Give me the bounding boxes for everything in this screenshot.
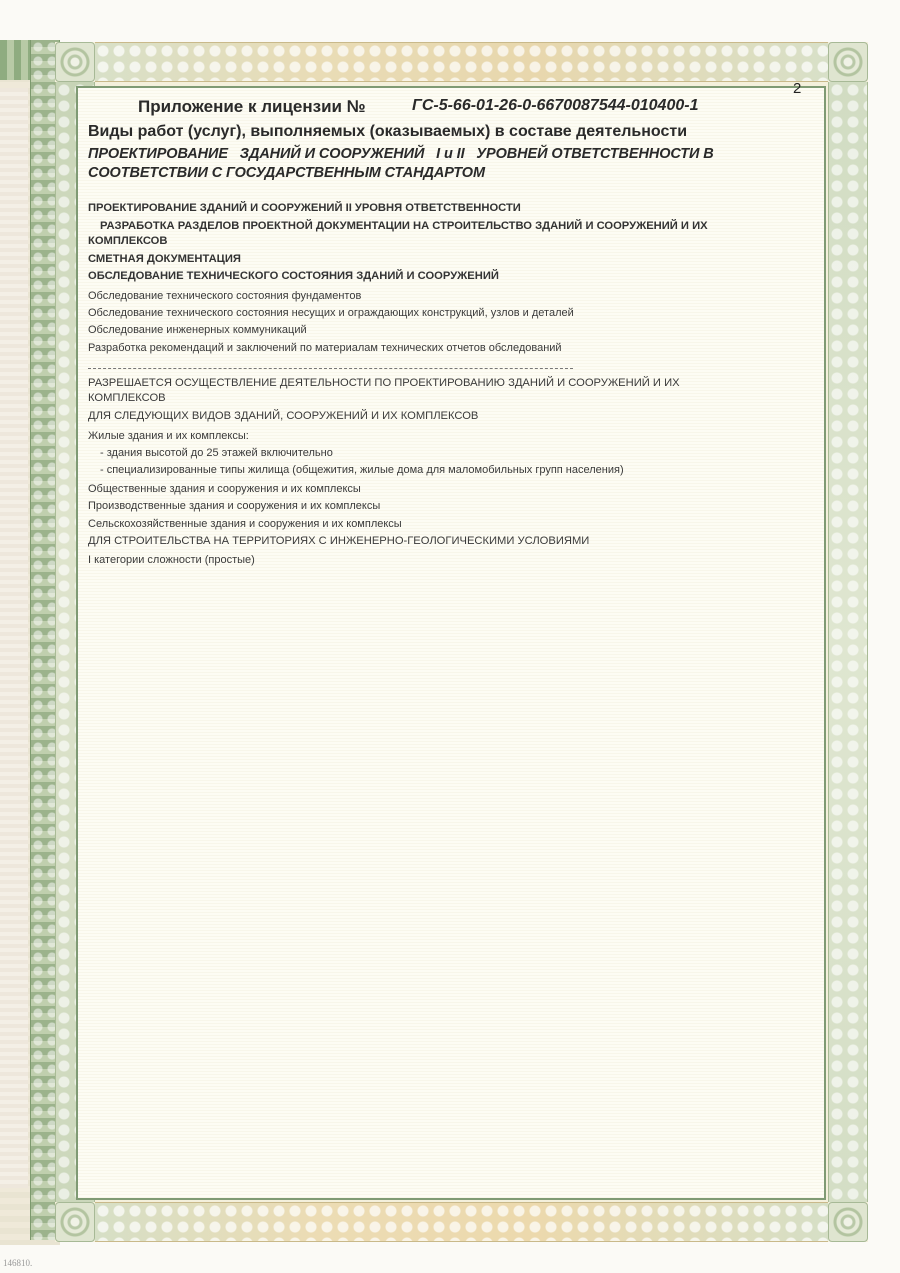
subheading-project-docs-cont: КОМПЛЕКСОВ: [88, 235, 167, 247]
rosette-corner-icon: [828, 42, 868, 82]
section-heading-design-level-2: ПРОЕКТИРОВАНИЕ ЗДАНИЙ И СООРУЖЕНИЙ II УР…: [88, 202, 521, 214]
territory-heading: ДЛЯ СТРОИТЕЛЬСТВА НА ТЕРРИТОРИЯХ С ИНЖЕН…: [88, 535, 589, 547]
survey-item: Обследование технического состояния фунд…: [88, 290, 361, 302]
underlying-sheet-paper: [0, 88, 28, 1188]
estimate-documentation: СМЕТНАЯ ДОКУМЕНТАЦИЯ: [88, 253, 241, 265]
guilloche-border-top: [95, 42, 828, 82]
rosette-corner-icon: [55, 42, 95, 82]
rosette-corner-icon: [828, 1202, 868, 1242]
building-type-item: Производственные здания и сооружения и и…: [88, 500, 380, 512]
activity-line-1: ПРОЕКТИРОВАНИЕ ЗДАНИЙ И СООРУЖЕНИЙ I и I…: [88, 145, 813, 164]
rosette-corner-icon: [55, 1202, 95, 1242]
license-heading: Приложение к лицензии №: [138, 97, 366, 117]
types-of-work-title: Виды работ (услуг), выполняемых (оказыва…: [88, 123, 687, 141]
guilloche-border-bottom: [95, 1202, 828, 1242]
residential-item: - специализированные типы жилища (общежи…: [88, 464, 624, 476]
dashed-separator: [88, 368, 573, 369]
subheading-project-docs: РАЗРАБОТКА РАЗДЕЛОВ ПРОЕКТНОЙ ДОКУМЕНТАЦ…: [88, 220, 708, 232]
building-type-item: Общественные здания и сооружения и их ко…: [88, 483, 361, 495]
survey-item: Разработка рекомендаций и заключений по …: [88, 342, 562, 354]
complexity-category: I категории сложности (простые): [88, 554, 255, 566]
page-number: 2: [793, 80, 801, 97]
residential-item: - здания высотой до 25 этажей включитель…: [88, 447, 333, 459]
building-type-item: Сельскохозяйственные здания и сооружения…: [88, 518, 402, 530]
guilloche-border-right: [828, 82, 868, 1202]
survey-heading: ОБСЛЕДОВАНИЕ ТЕХНИЧЕСКОГО СОСТОЯНИЯ ЗДАН…: [88, 270, 499, 282]
permission-statement: РАЗРЕШАЕТСЯ ОСУЩЕСТВЛЕНИЕ ДЕЯТЕЛЬНОСТИ П…: [88, 377, 680, 389]
activity-line-2: СООТВЕТСТВИИ С ГОСУДАРСТВЕННЫМ СТАНДАРТО…: [88, 164, 813, 183]
activity-description: ПРОЕКТИРОВАНИЕ ЗДАНИЙ И СООРУЖЕНИЙ I и I…: [88, 145, 813, 183]
serial-number: 146810.: [3, 1258, 32, 1268]
permission-statement-cont: КОМПЛЕКСОВ: [88, 392, 166, 404]
survey-item: Обследование технического состояния несу…: [88, 307, 574, 319]
building-types-heading: ДЛЯ СЛЕДУЮЩИХ ВИДОВ ЗДАНИЙ, СООРУЖЕНИЙ И…: [88, 410, 478, 422]
survey-item: Обследование инженерных коммуникаций: [88, 324, 307, 336]
residential-heading: Жилые здания и их комплексы:: [88, 430, 249, 442]
license-number: ГС-5-66-01-26-0-6670087544-010400-1: [412, 97, 698, 115]
